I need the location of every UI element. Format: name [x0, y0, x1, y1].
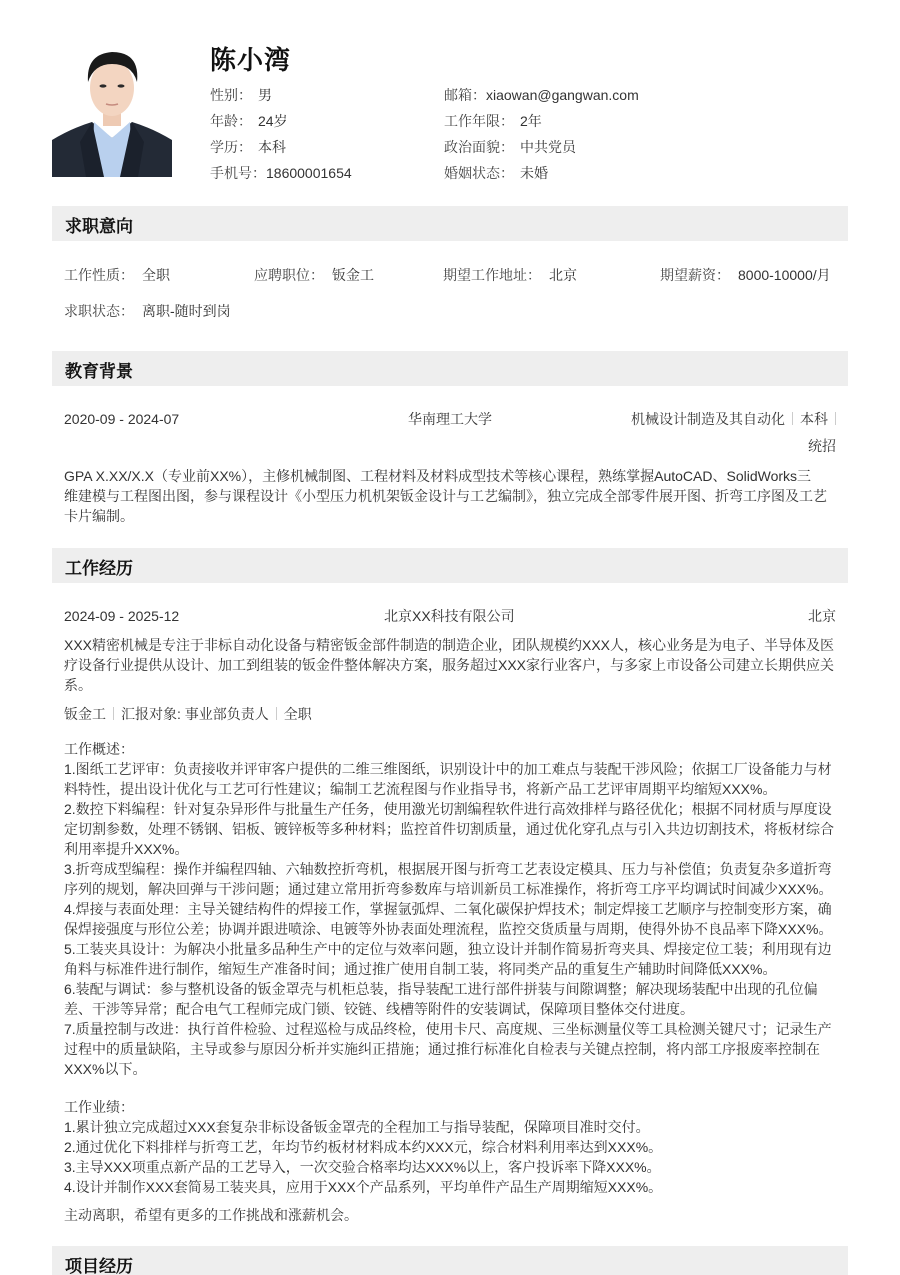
overview-line: 角料与标准件进行制作，缩短生产准备时间；通过推广使用自制工装，将同类产品的重复生…: [64, 959, 836, 979]
section-title: 教育背景: [65, 357, 133, 382]
info-value: 本科: [258, 139, 286, 155]
field-value: 8000-10000/月: [738, 267, 831, 283]
info-marital-status: 婚姻状态：未婚: [444, 160, 639, 186]
tag-report-to: 汇报对象: 事业部负责人: [121, 706, 269, 722]
work-achievements: 工作业绩： 1.累计独立完成超过XXX套复杂非标设备钣金罩壳的全程加工与指导装配…: [64, 1097, 836, 1197]
degree: 本科: [800, 411, 828, 427]
divider: [113, 707, 114, 720]
major: 机械设计制造及其自动化: [631, 411, 785, 427]
candidate-name: 陈小湾: [210, 40, 291, 77]
section-header-projects: 项目经历: [52, 1246, 848, 1275]
overview-line: 6.装配与调试：参与整机设备的钣金罩壳与机柜总装，指导装配工进行部件拼装与间隙调…: [64, 979, 836, 999]
field-label: 求职状态：: [64, 303, 134, 319]
info-political-status: 政治面貌：中共党员: [444, 134, 639, 160]
education-meta: 机械设计制造及其自动化本科: [631, 409, 836, 429]
tag-employment-type: 全职: [284, 706, 312, 722]
work-tags: 钣金工汇报对象: 事业部负责人全职: [64, 704, 836, 724]
field-label: 应聘职位：: [254, 267, 324, 283]
divider: [276, 707, 277, 720]
divider: [835, 412, 836, 425]
info-label: 政治面貌：: [444, 139, 514, 155]
portrait-image: [52, 42, 172, 177]
intro-line: 疗设备行业提供从设计、加工到组装的钣金件整体解决方案，服务超过XXX家行业客户，…: [64, 655, 836, 675]
info-value: 2年: [520, 113, 542, 129]
enroll-type: 统招: [808, 438, 836, 454]
achievement-line: 1.累计独立完成超过XXX套复杂非标设备钣金罩壳的全程加工与指导装配，保障项目准…: [64, 1117, 836, 1137]
overview-line: 3.折弯成型编程：操作并编程四轴、六轴数控折弯机，根据展开图与折弯工艺表设定模具…: [64, 859, 836, 879]
info-work-years: 工作年限：2年: [444, 108, 639, 134]
overview-line: 定切割参数，处理不锈钢、铝板、镀锌板等多种材料；监控首件切割质量，通过优化穿孔点…: [64, 819, 836, 839]
section-title: 项目经历: [65, 1252, 133, 1275]
info-value: 男: [258, 87, 272, 103]
section-title: 工作经历: [65, 554, 133, 579]
info-label: 邮箱：: [444, 87, 486, 103]
overview-line: 7.质量控制与改进：执行首件检验、过程巡检与成品终检，使用卡尺、高度规、三坐标测…: [64, 1019, 836, 1039]
education-enroll-type-row: 统招: [64, 436, 836, 456]
info-label: 年龄：: [210, 113, 252, 129]
info-email: 邮箱：xiaowan@gangwan.com: [444, 82, 639, 108]
info-value: 中共党员: [520, 139, 576, 155]
section-title: 求职意向: [65, 212, 133, 237]
info-age: 年龄：24岁: [210, 108, 352, 134]
basic-info-right: 邮箱：xiaowan@gangwan.com 工作年限：2年 政治面貌：中共党员…: [444, 82, 639, 186]
position-field: 应聘职位：钣金工: [254, 265, 374, 285]
info-phone: 手机号：18600001654: [210, 160, 352, 186]
overview-line: 4.焊接与表面处理：主导关键结构件的焊接工作，掌握氩弧焊、二氧化碳保护焊技术；制…: [64, 899, 836, 919]
overview-line: 料特性，提出设计优化与工艺可行性建议；编制工艺流程图与作业指导书，将新产品工艺评…: [64, 779, 836, 799]
basic-info-left: 性别：男 年龄：24岁 学历：本科 手机号：18600001654: [210, 82, 352, 186]
achievement-line: 3.主导XXX项重点新产品的工艺导入，一次交验合格率均达XXX%以上，客户投诉率…: [64, 1157, 836, 1177]
location-field: 期望工作地址：北京: [443, 265, 577, 285]
field-label: 工作性质：: [64, 267, 134, 283]
overview-line: 1.图纸工艺评审：负责接收并评审客户提供的二维三维图纸，识别设计中的加工难点与装…: [64, 759, 836, 779]
company-name: 北京XX科技有限公司: [384, 606, 515, 626]
description-line: 维建模与工程图出图，参与课程设计《小型压力机机架钣金设计与工艺编制》，独立完成全…: [64, 486, 836, 506]
job-type-field: 工作性质：全职: [64, 265, 170, 285]
description-line: GPA X.XX/X.X（专业前XX%），主修机械制图、工程材料及材料成型技术等…: [64, 466, 836, 486]
info-education: 学历：本科: [210, 134, 352, 160]
info-value: 未婚: [520, 165, 548, 181]
tag-position: 钣金工: [64, 706, 106, 722]
achievements-title: 工作业绩：: [64, 1097, 836, 1117]
intro-line: XXX精密机械是专注于非标自动化设备与精密钣金部件制造的制造企业，团队规模约XX…: [64, 635, 836, 655]
overview-line: XXX%以下。: [64, 1059, 836, 1079]
overview-line: 5.工装夹具设计：为解决小批量多品种生产中的定位与效率问题，独立设计并制作简易折…: [64, 939, 836, 959]
divider: [792, 412, 793, 425]
info-label: 手机号：: [210, 165, 266, 181]
info-label: 学历：: [210, 139, 252, 155]
work-period: 2024-09 - 2025-12: [64, 606, 179, 626]
achievement-line: 4.设计并制作XXX套简易工装夹具，应用于XXX个产品系列，平均单件产品生产周期…: [64, 1177, 836, 1197]
field-value: 全职: [142, 267, 170, 283]
section-header-education: 教育背景: [52, 351, 848, 386]
achievement-line: 2.通过优化下料排样与折弯工艺，年均节约板材材料成本约XXX元，综合材料利用率达…: [64, 1137, 836, 1157]
field-label: 期望薪资：: [660, 267, 730, 283]
info-label: 婚姻状态：: [444, 165, 514, 181]
overview-line: 保焊接强度与形位公差；协调并跟进喷涂、电镀等外协表面处理流程，监控交货质量与周期…: [64, 919, 836, 939]
education-description: GPA X.XX/X.X（专业前XX%），主修机械制图、工程材料及材料成型技术等…: [64, 466, 836, 526]
school-name: 华南理工大学: [408, 409, 492, 429]
info-value: 24岁: [258, 113, 288, 129]
info-gender: 性别：男: [210, 82, 352, 108]
section-header-job-intent: 求职意向: [52, 206, 848, 241]
profile-photo: [52, 42, 172, 177]
field-label: 期望工作地址：: [443, 267, 541, 283]
company-intro: XXX精密机械是专注于非标自动化设备与精密钣金部件制造的制造企业，团队规模约XX…: [64, 635, 836, 695]
salary-field: 期望薪资：8000-10000/月: [660, 265, 831, 285]
info-value: xiaowan@gangwan.com: [486, 87, 639, 103]
overview-line: 过程中的质量缺陷，主导或参与原因分析并实施纠正措施；通过推行标准化自检表与关键点…: [64, 1039, 836, 1059]
profile-header: 陈小湾 性别：男 年龄：24岁 学历：本科 手机号：18600001654 邮箱…: [52, 40, 852, 180]
overview-line: 2.数控下料编程：针对复杂异形件与批量生产任务，使用激光切割编程软件进行高效排样…: [64, 799, 836, 819]
overview-line: 利用率提升XXX%。: [64, 839, 836, 859]
work-city: 北京: [808, 606, 836, 626]
job-status-row: 求职状态：离职-随时到岗: [64, 301, 836, 321]
info-label: 性别：: [210, 87, 252, 103]
work-overview: 工作概述： 1.图纸工艺评审：负责接收并评审客户提供的二维三维图纸，识别设计中的…: [64, 739, 836, 1079]
leave-reason: 主动离职，希望有更多的工作挑战和涨薪机会。: [64, 1205, 836, 1225]
overview-line: 序列的规划，解决回弹与干涉问题；通过建立常用折弯参数库与培训新员工标准操作，将折…: [64, 879, 836, 899]
field-value: 离职-随时到岗: [142, 303, 231, 319]
section-header-work: 工作经历: [52, 548, 848, 583]
info-value: 18600001654: [266, 165, 352, 181]
info-label: 工作年限：: [444, 113, 514, 129]
education-period: 2020-09 - 2024-07: [64, 409, 179, 429]
field-value: 北京: [549, 267, 577, 283]
job-status-field: 求职状态：离职-随时到岗: [64, 303, 231, 319]
overview-title: 工作概述：: [64, 739, 836, 759]
field-value: 钣金工: [332, 267, 374, 283]
description-line: 卡片编制。: [64, 506, 836, 526]
overview-line: 差、干涉等异常；配合电气工程师完成门锁、铰链、线槽等附件的安装调试，保障项目整体…: [64, 999, 836, 1019]
intro-line: 系。: [64, 675, 836, 695]
